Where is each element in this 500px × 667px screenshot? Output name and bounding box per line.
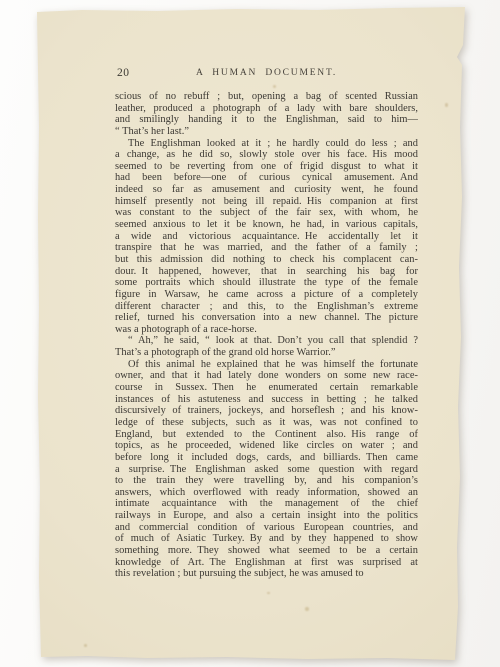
text-line: and smilingly handing it to the Englishm… — [115, 114, 418, 126]
text-line: The Englishman looked at it ; he hardly … — [115, 138, 418, 150]
text-line: topics, as he proceeded, widened like ci… — [115, 440, 418, 452]
foxing-speck — [273, 85, 276, 88]
text-line: of much of Asiatic Turkey. By and by the… — [115, 533, 418, 545]
text-line: ledge of these subjects, such as it was,… — [115, 417, 418, 429]
text-line: this revelation ; but pursuing the subje… — [115, 568, 418, 580]
text-line: scious of no rebuff ; but, opening a bag… — [115, 91, 418, 103]
text-line: intimate acquaintance with the managemen… — [115, 498, 418, 510]
text-block: scious of no rebuff ; but, opening a bag… — [115, 91, 418, 580]
text-line: That’s a photograph of the grand old hor… — [115, 347, 418, 359]
text-line: relief, turned his conversation into a n… — [115, 312, 418, 324]
text-line: “ Ah,” he said, “ look at that. Don’t yo… — [115, 335, 418, 347]
text-line: was constant to the subject of the fair … — [115, 207, 418, 219]
text-line: to the train they were travelling by, an… — [115, 475, 418, 487]
foxing-speck — [445, 103, 448, 107]
text-line: Of this animal he explained that he was … — [115, 359, 418, 371]
scan-background: { "book_page": { "page_number": "20", "r… — [0, 0, 500, 667]
foxing-speck — [356, 570, 359, 573]
text-line: England, but extended to the Continent a… — [115, 429, 418, 441]
text-line: some portraits which should illustrate t… — [115, 277, 418, 289]
text-line: had been before—one of curious cynical a… — [115, 172, 418, 184]
text-line: “ That’s her last.” — [115, 126, 418, 138]
text-line: knowledge of Art. The Englishman at firs… — [115, 557, 418, 569]
text-line: owner, and that it had lately done wonde… — [115, 370, 418, 382]
text-line: himself presently not being ill repaid. … — [115, 196, 418, 208]
foxing-speck — [84, 644, 87, 647]
foxing-speck — [305, 607, 309, 611]
text-line: a surprise. The Englishman asked some qu… — [115, 464, 418, 476]
text-line: answers, which overflowed with ready inf… — [115, 487, 418, 499]
text-line: different character ; and this, to the E… — [115, 301, 418, 313]
text-line: course in Sussex. Then he enumerated cer… — [115, 382, 418, 394]
text-line: railways in Europe, and also a certain i… — [115, 510, 418, 522]
foxing-speck — [267, 592, 270, 594]
book-page: 20 A HUMAN DOCUMENT. scious of no rebuff… — [37, 7, 465, 660]
text-line: but this admission did nothing to check … — [115, 254, 418, 266]
text-line: a change, as he did so, slowly stole ove… — [115, 149, 418, 161]
text-line: transpire that he was married, and the f… — [115, 242, 418, 254]
text-line: leather, produced a photograph of a lady… — [115, 103, 418, 115]
text-line: dour. It happened, however, that in sear… — [115, 266, 418, 278]
text-line: before long it included dogs, cards, and… — [115, 452, 418, 464]
text-line: seemed to be reverting from one of frigi… — [115, 161, 418, 173]
text-line: instances of his astuteness and success … — [115, 394, 418, 406]
text-line: a wide and victorious acquaintance. He a… — [115, 231, 418, 243]
text-line: figure in Warsaw, he came across a pictu… — [115, 289, 418, 301]
text-line: and commercial condition of various Euro… — [115, 522, 418, 534]
running-title: A HUMAN DOCUMENT. — [115, 68, 418, 78]
paper-shadow-wrap: 20 A HUMAN DOCUMENT. scious of no rebuff… — [0, 0, 500, 667]
text-line: seemed anxious to let it be known, he ha… — [115, 219, 418, 231]
text-line: something more. They showed what seemed … — [115, 545, 418, 557]
text-line: indeed so far as amusement and curiosity… — [115, 184, 418, 196]
text-line: discursively of trainers, jockeys, and h… — [115, 405, 418, 417]
text-line: was a photograph of a race-horse. — [115, 324, 418, 336]
